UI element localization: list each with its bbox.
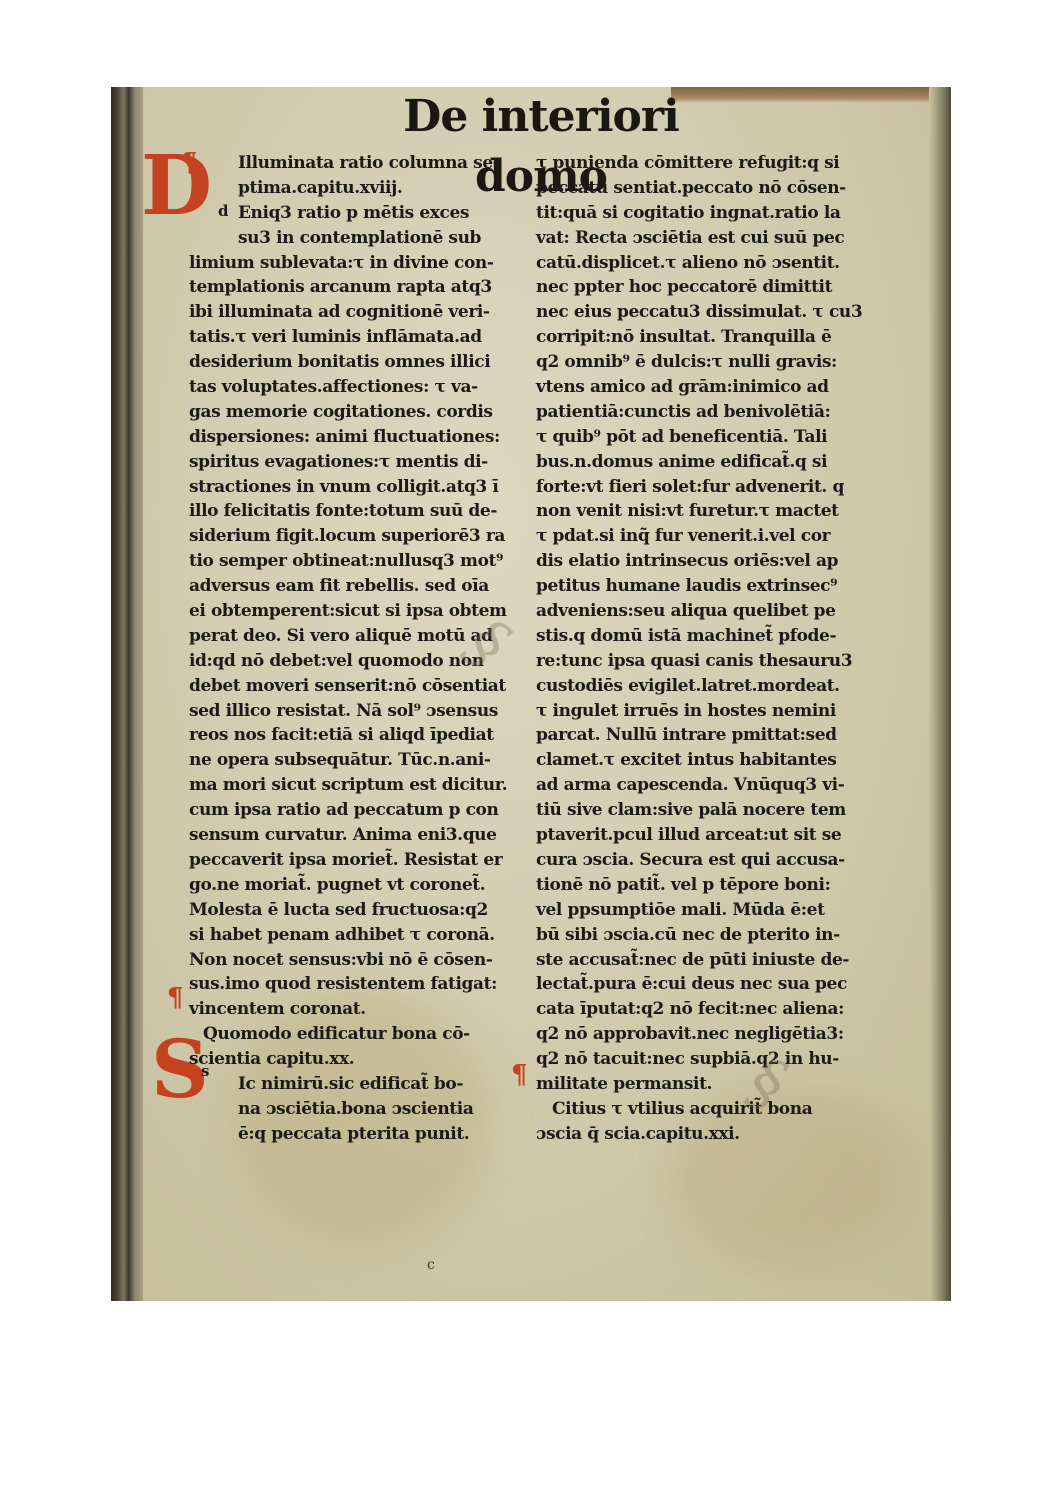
text-line: dispersiones: animi fluctuationes: <box>189 425 509 450</box>
text-line: reos nos facit:etiā si aliqd īpediat <box>189 723 509 748</box>
text-line: vtens amico ad grām:inimico ad <box>536 375 871 400</box>
text-line: desiderium bonitatis omnes illici <box>189 350 509 375</box>
text-line: lectat̃.pura ē:cui deus nec sua pec <box>536 972 871 997</box>
text-line: dis elatio intrinsecus oriēs:vel ap <box>536 549 871 574</box>
text-line: templationis arcanum rapta atq3 <box>189 275 509 300</box>
text-line: su3 in contemplationē sub <box>189 226 509 251</box>
text-line: q2 nō tacuit:nec supbiā.q2 in hu- <box>536 1047 871 1072</box>
text-line: Molesta ē lucta sed fructuosa:q2 <box>189 898 509 923</box>
text-line: cum ipsa ratio ad peccatum p con <box>189 798 509 823</box>
text-line: adversus eam fit rebellis. sed oīa <box>189 574 509 599</box>
text-line: patientiā:cunctis ad benivolētiā: <box>536 400 871 425</box>
text-line: si habet penam adhibet τ coronā. <box>189 923 509 948</box>
text-line: τ quib⁹ pōt ad beneficentiā. Tali <box>536 425 871 450</box>
text-line: Eniq3 ratio p mētis exces <box>189 201 509 226</box>
book-binding-gutter <box>111 87 143 1301</box>
text-line: parcat. Nullū intrare pmittat:sed <box>536 723 871 748</box>
text-line: τ pdat.si inq̃ fur venerit.i.vel cor <box>536 524 871 549</box>
text-line: corripit:nō insultat. Tranquilla ē <box>536 325 871 350</box>
text-line: cata īputat:q2 nō fecit:nec aliena: <box>536 997 871 1022</box>
text-line: ad arma capescenda. Vnūquq3 vi- <box>536 773 871 798</box>
text-line: tio semper obtineat:nullusq3 mot⁹ <box>189 549 509 574</box>
page-right-edge <box>929 87 951 1301</box>
text-line: na ɔsciētia.bona ɔscientia <box>189 1097 509 1122</box>
text-line: τ ingulet irruēs in hostes nemini <box>536 699 871 724</box>
text-line: ste accusat̃:nec de pūti iniuste de- <box>536 948 871 973</box>
text-line: q2 nō approbavit.nec negligētia3: <box>536 1022 871 1047</box>
text-line: τ punienda cōmittere refugit:q si <box>536 151 871 176</box>
text-line: gas memorie cogitationes. cordis <box>189 400 509 425</box>
text-line: ei obtemperent:sicut si ipsa obtem <box>189 599 509 624</box>
paragraph-mark-icon: ¶ <box>511 1062 528 1088</box>
text-line: stractiones in vnum colligit.atq3 ī <box>189 475 509 500</box>
text-line: ptaverit.pcul illud arceat:ut sit se <box>536 823 871 848</box>
text-line: sensum curvatur. Anima eni3.que <box>189 823 509 848</box>
text-line: Illuminata ratio columna se- <box>189 151 509 176</box>
text-line: ē:q peccata pterita punit. <box>189 1122 509 1147</box>
text-column-left: Illuminata ratio columna se- ptima.capit… <box>189 151 509 1147</box>
text-line: debet moveri senserit:nō cōsentiat <box>189 674 509 699</box>
text-line: tiū sive clam:sive palā nocere tem <box>536 798 871 823</box>
text-line: peccatū sentiat.peccato nō cōsen- <box>536 176 871 201</box>
text-column-right: τ punienda cōmittere refugit:q si peccat… <box>536 151 871 1147</box>
manuscript-page-photo: De interiori domo D d ¶ ¶ S s ¶ Illumina… <box>111 87 951 1301</box>
text-line: sed illico resistat. Nā sol⁹ ɔsensus <box>189 699 509 724</box>
text-line: nec eius peccatu3 dissimulat. τ cu3 <box>536 300 871 325</box>
text-line: bus.n.domus anime edificat̃.q si <box>536 450 871 475</box>
chapter-heading: ɔscia q̄ scia.capitu.xxi. <box>536 1122 871 1147</box>
text-line: siderium figit.locum superiorē3 ra <box>189 524 509 549</box>
text-line: spiritus evagationes:τ mentis di- <box>189 450 509 475</box>
text-line: tionē nō patit̃. vel p tēpore boni: <box>536 873 871 898</box>
text-line: militate permansit. <box>536 1072 871 1097</box>
text-line: tatis.τ veri luminis inflāmata.ad <box>189 325 509 350</box>
text-line: adveniens:seu aliqua quelibet pe <box>536 599 871 624</box>
text-line: illo felicitatis fonte:totum suū de- <box>189 499 509 524</box>
text-line: ma mori sicut scriptum est dicitur. <box>189 773 509 798</box>
text-line: petitus humane laudis extrinsec⁹ <box>536 574 871 599</box>
text-line: forte:vt fieri solet:fur advenerit. q <box>536 475 871 500</box>
text-line: clamet.τ excitet intus habitantes <box>536 748 871 773</box>
text-line: stis.q domū istā machinet̃ pfode- <box>536 624 871 649</box>
signature-mark: c <box>427 1257 435 1273</box>
text-line: go.ne moriat̃. pugnet vt coronet̃. <box>189 873 509 898</box>
text-line: ne opera subsequātur. Tūc.n.ani- <box>189 748 509 773</box>
text-line: bū sibi ɔscia.cū nec de pterito in- <box>536 923 871 948</box>
text-line: custodiēs evigilet.latret.mordeat. <box>536 674 871 699</box>
text-line: ptima.capitu.xviij. <box>189 176 509 201</box>
text-line: peccaverit ipsa moriet̃. Resistat er <box>189 848 509 873</box>
text-line: perat deo. Si vero aliquē motū ad <box>189 624 509 649</box>
chapter-heading: Quomodo edificatur bona cō- <box>189 1022 509 1047</box>
text-line: re:tunc ipsa quasi canis thesauru3 <box>536 649 871 674</box>
text-line: limium sublevata:τ in divine con- <box>189 251 509 276</box>
text-line: non venit nisi:vt furetur.τ mactet <box>536 499 871 524</box>
text-line: tit:quā si cogitatio ingnat.ratio la <box>536 201 871 226</box>
text-line: vincentem coronat. <box>189 997 509 1022</box>
text-line: Non nocet sensus:vbi nō ē cōsen- <box>189 948 509 973</box>
text-line: ibi illuminata ad cognitionē veri- <box>189 300 509 325</box>
text-line: sus.imo quod resistentem fatigat: <box>189 972 509 997</box>
chapter-heading: scientia capitu.xx. <box>189 1047 509 1072</box>
text-line: vat: Recta ɔsciētia est cui suū pec <box>536 226 871 251</box>
text-line: tas voluptates.affectiones: τ va- <box>189 375 509 400</box>
text-line: nec ppter hoc peccatorē dimittit <box>536 275 871 300</box>
paragraph-mark-icon: ¶ <box>167 985 184 1011</box>
text-line: q2 omnib⁹ ē dulcis:τ nulli gravis: <box>536 350 871 375</box>
text-line: id:qd nō debet:vel quomodo non <box>189 649 509 674</box>
chapter-heading: Citius τ vtilius acquirit̃ bona <box>536 1097 871 1122</box>
text-line: catū.displicet.τ alieno nō ɔsentit. <box>536 251 871 276</box>
text-line: Ic nimirū.sic edificat̃ bo- <box>189 1072 509 1097</box>
text-line: cura ɔscia. Secura est qui accusa- <box>536 848 871 873</box>
text-line: vel ppsumptiōe mali. Mūda ē:et <box>536 898 871 923</box>
